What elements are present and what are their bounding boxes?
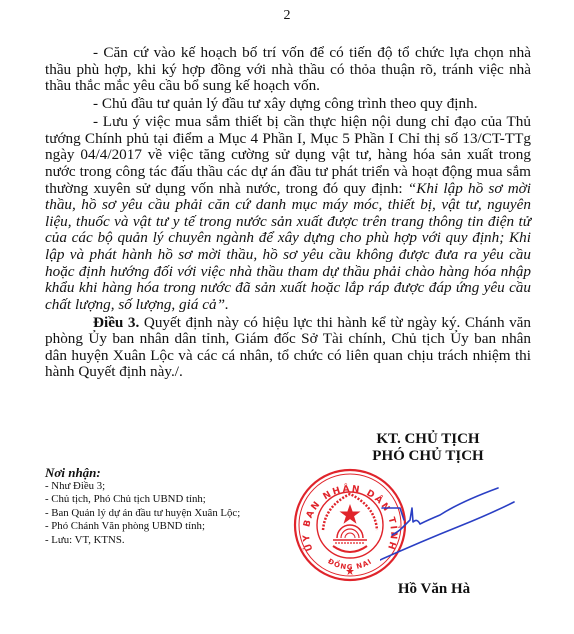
recipient-item: - Như Điều 3; [45,480,240,493]
recipient-item: - Lưu: VT, KTNS. [45,534,240,547]
paragraph-procurement: - Lưu ý việc mua sắm thiết bị cần thực h… [45,114,531,313]
paragraph-article-3: Điều 3. Quyết định này có hiệu lực thi h… [45,315,531,381]
signer-title-line2: PHÓ CHỦ TỊCH [330,448,526,465]
document-body: - Căn cứ vào kế hoạch bố trí vốn để có t… [45,45,531,382]
svg-text:ĐỒNG NAI: ĐỒNG NAI [326,557,373,571]
recipient-item: - Chủ tịch, Phó Chủ tịch UBND tỉnh; [45,493,240,506]
article-3-label: Điều 3. [93,314,139,331]
recipients-heading: Nơi nhận: [45,465,240,480]
signature-icon [380,480,520,570]
page-number: 2 [0,8,574,24]
recipients-block: Nơi nhận: - Như Điều 3; - Chủ tịch, Phó … [45,465,240,547]
signer-title-line1: KT. CHỦ TỊCH [330,431,526,448]
signer-name: Hồ Văn Hà [336,581,532,598]
recipient-item: - Phó Chánh Văn phòng UBND tỉnh; [45,520,240,533]
procurement-quote: “Khi lập hồ sơ mời thầu, hồ sơ yêu cầu p… [45,180,531,313]
signer-title: KT. CHỦ TỊCH PHÓ CHỦ TỊCH [330,431,526,465]
recipient-item: - Ban Quản lý dự án đầu tư huyện Xuân Lộ… [45,507,240,520]
paragraph-investor: - Chủ đầu tư quản lý đầu tư xây dựng côn… [45,96,531,113]
paragraph-funding: - Căn cứ vào kế hoạch bố trí vốn để có t… [45,45,531,95]
